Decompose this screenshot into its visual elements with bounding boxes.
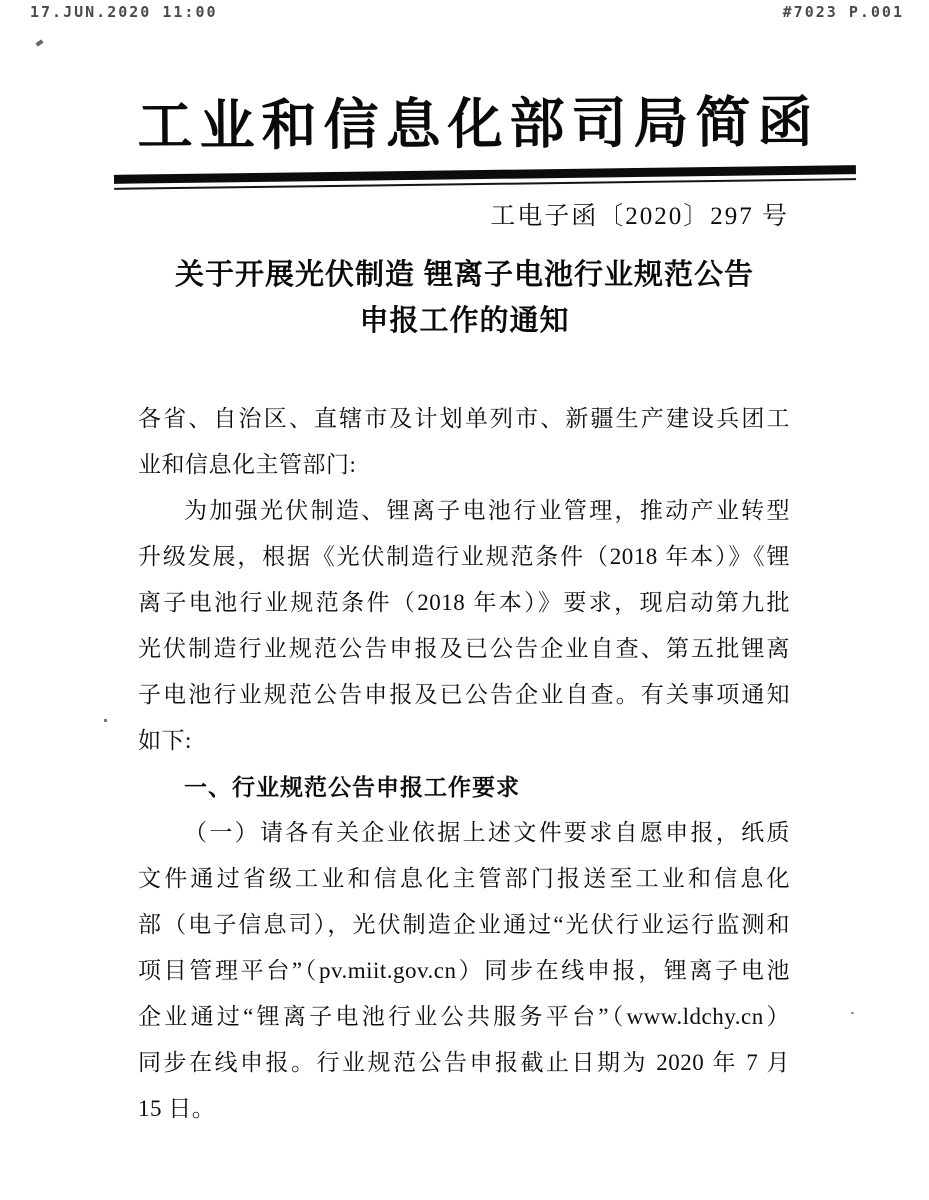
body-line: 离子电池行业规范条件（2018 年本）》要求，现启动第九批 — [138, 580, 790, 626]
body-line: 光伏制造行业规范公告申报及已公告企业自查、第五批锂离 — [138, 626, 790, 672]
body-line: 同步在线申报。行业规范公告申报截止日期为 2020 年 7 月 — [138, 1040, 790, 1086]
letterhead-title: 工业和信息化部司局简函 — [14, 77, 929, 162]
body-line: 文件通过省级工业和信息化主管部门报送至工业和信息化 — [138, 856, 790, 902]
letterhead-divider-rule — [114, 165, 856, 190]
scanned-fax-document-page: 17.JUN.2020 11:00 #7023 P.001 工业和信息化部司局简… — [0, 0, 929, 1200]
fax-page-number: #7023 P.001 — [783, 3, 904, 21]
body-line: 项目管理平台”（pv.miit.gov.cn）同步在线申报，锂离子电池 — [138, 948, 790, 994]
body-line: 部（电子信息司），光伏制造企业通过“光伏行业运行监测和 — [138, 902, 790, 948]
notice-title-line2: 申报工作的通知 — [0, 298, 929, 344]
body-line: 升级发展，根据《光伏制造行业规范条件（2018 年本）》《锂 — [138, 534, 790, 580]
scan-artifact-speck — [104, 719, 107, 722]
fax-timestamp: 17.JUN.2020 11:00 — [30, 3, 218, 21]
body-line: 业和信息化主管部门: — [138, 442, 790, 488]
body-line: （一）请各有关企业依据上述文件要求自愿申报，纸质 — [138, 810, 790, 856]
notice-body-text: 各省、自治区、直辖市及计划单列市、新疆生产建设兵团工业和信息化主管部门:为加强光… — [138, 396, 790, 1132]
body-line: 子电池行业规范公告申报及已公告企业自查。有关事项通知 — [138, 672, 790, 718]
scan-artifact-speck — [35, 39, 43, 46]
body-line: 各省、自治区、直辖市及计划单列市、新疆生产建设兵团工 — [138, 396, 790, 442]
scan-artifact-speck — [851, 1012, 854, 1014]
body-line: 为加强光伏制造、锂离子电池行业管理，推动产业转型 — [138, 488, 790, 534]
body-line: 企业通过“锂离子电池行业公共服务平台”（www.ldchy.cn） — [138, 994, 790, 1040]
body-line: 如下: — [138, 718, 790, 764]
fax-transmission-header: 17.JUN.2020 11:00 #7023 P.001 — [0, 3, 929, 23]
body-line: 15 日。 — [138, 1086, 790, 1132]
notice-title: 关于开展光伏制造 锂离子电池行业规范公告 申报工作的通知 — [0, 252, 929, 344]
notice-title-line1: 关于开展光伏制造 锂离子电池行业规范公告 — [0, 252, 929, 298]
section-heading-line: 一、行业规范公告申报工作要求 — [138, 764, 790, 810]
document-reference-number: 工电子函〔2020〕297 号 — [0, 196, 789, 232]
